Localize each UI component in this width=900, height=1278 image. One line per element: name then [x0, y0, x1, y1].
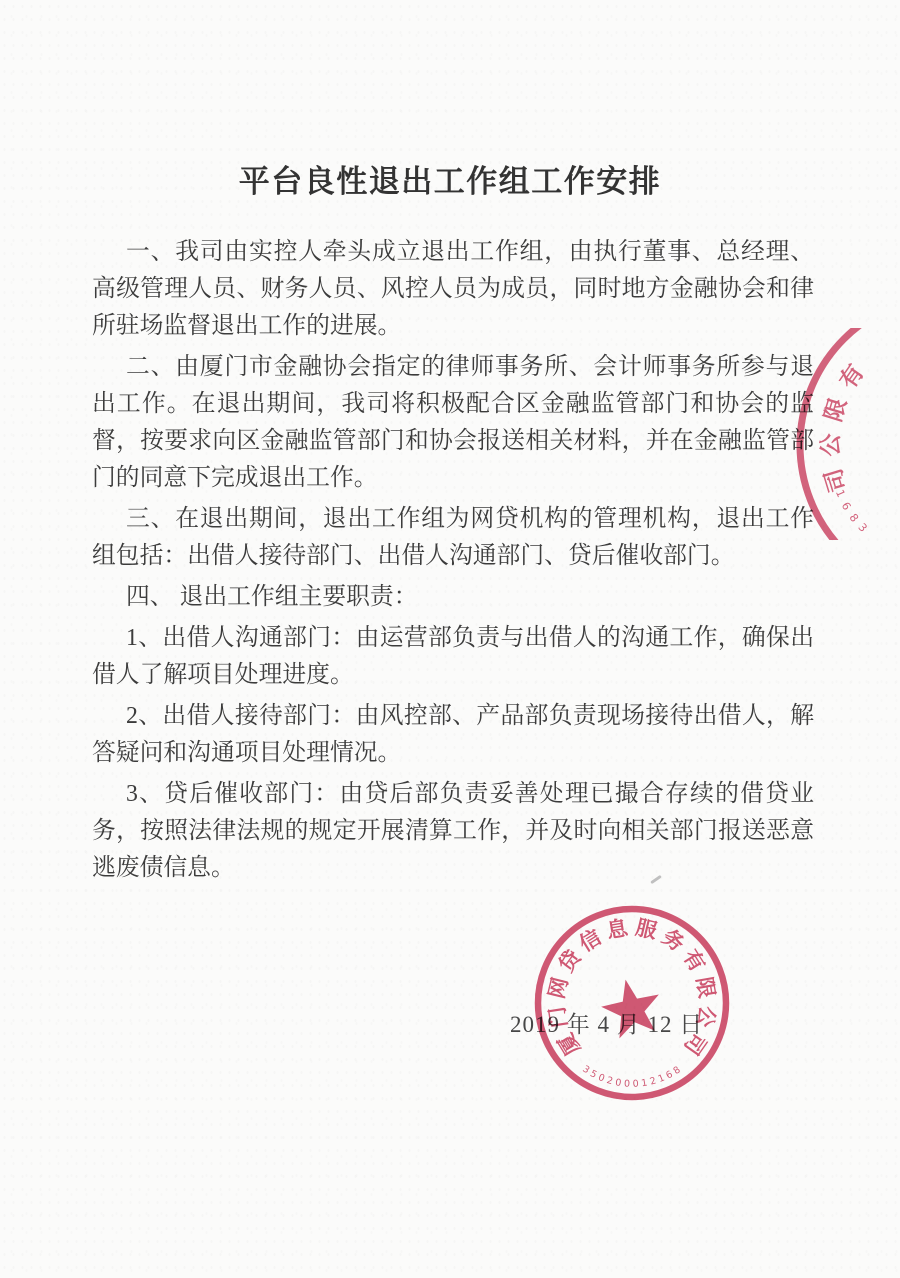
paragraph-3: 三、在退出期间，退出工作组为网贷机构的管理机构，退出工作组包括：出借人接待部门、…	[92, 501, 814, 575]
edge-seal-ring	[800, 328, 900, 540]
company-seal-stamp: 厦门网贷信息服务有限公司 3502000121683	[517, 888, 747, 1118]
edge-seal-digit: 3	[855, 521, 869, 535]
edge-seal-digit: 8	[846, 511, 861, 524]
paragraph-6: 2、出借人接待部门：由风控部、产品部负责现场接待出借人，解答疑问和沟通项目处理情…	[92, 698, 814, 772]
edge-seal-char: 限	[821, 395, 852, 424]
seal-company-name: 厦门网贷信息服务有限公司	[544, 915, 720, 1064]
paragraph-4: 四、 退出工作组主要职责：	[92, 579, 814, 616]
paragraph-2: 二、由厦门市金融协会指定的律师事务所、会计师事务所参与退出工作。在退出期间，我司…	[92, 349, 814, 497]
edge-seal-char: 公	[818, 434, 843, 457]
document-title: 平台良性退出工作组工作安排	[0, 156, 900, 201]
paragraph-7: 3、贷后催收部门：由贷后部负责妥善处理已撮合存续的借贷业务，按照法律法规的规定开…	[92, 776, 814, 887]
edge-seal-digit: 6	[839, 500, 854, 513]
seal-star-icon	[597, 974, 666, 1041]
paragraph-5: 1、出借人沟通部门：由运营部负责与出借人的沟通工作，确保出借人了解项目处理进度。	[92, 620, 814, 694]
document-body: 一、我司由实控人牵头成立退出工作组，由执行董事、总经理、高级管理人员、财务人员、…	[92, 234, 814, 891]
paragraph-1: 一、我司由实控人牵头成立退出工作组，由执行董事、总经理、高级管理人员、财务人员、…	[92, 234, 814, 345]
document-page: 平台良性退出工作组工作安排 一、我司由实控人牵头成立退出工作组，由执行董事、总经…	[0, 0, 900, 1278]
partial-edge-stamp-svg: 有 限 公 司 1 6 8 3	[788, 328, 900, 540]
partial-edge-stamp: 有 限 公 司 1 6 8 3	[788, 328, 900, 540]
company-seal-svg: 厦门网贷信息服务有限公司 3502000121683	[517, 888, 747, 1118]
edge-seal-char: 有	[834, 360, 868, 394]
